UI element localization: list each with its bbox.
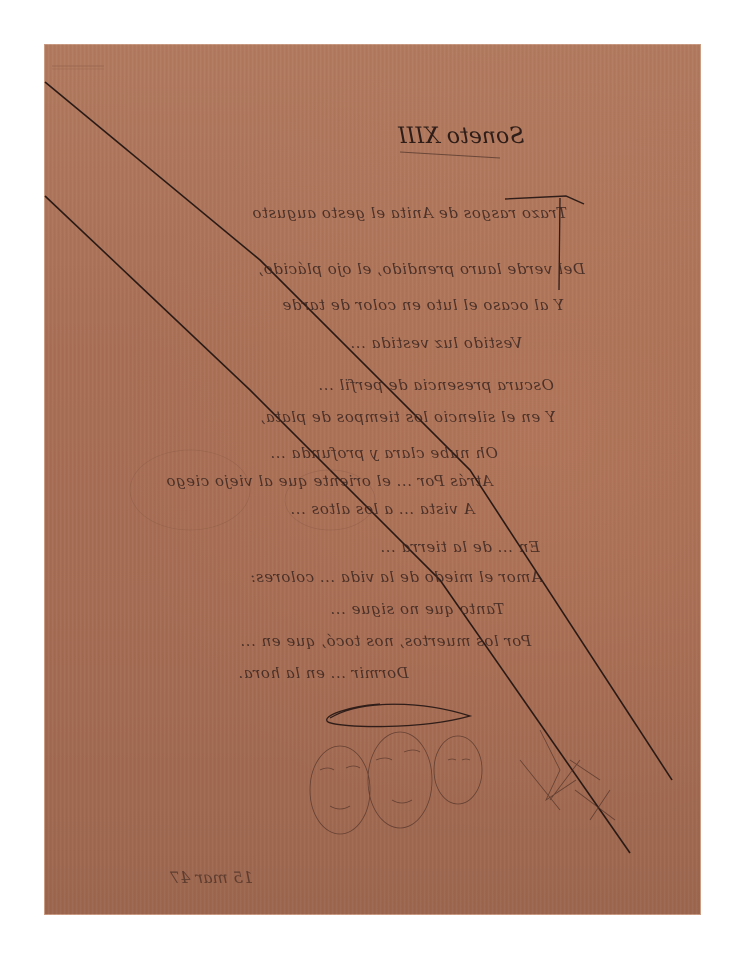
text-line: Trazo rasgos de Anita el gesto augusto xyxy=(252,204,567,222)
cancel-line-lower xyxy=(45,196,630,853)
signature-flourish xyxy=(327,704,470,727)
text-line: Y al ocaso el luto en color de tarde xyxy=(282,296,564,314)
text-line: A vista ... a los altos ... xyxy=(290,500,474,518)
face-sketches xyxy=(310,730,615,834)
text-line: Vestido luz vestida ... xyxy=(350,334,522,352)
text-line: Atrás Por ... el oriente que al viejo ci… xyxy=(166,472,493,490)
text-line: Dormir ... en la hora. xyxy=(238,664,409,682)
text-line: Oh nube clara y profunda ... xyxy=(270,444,498,462)
text-line: Por los muertos, nos tocó, que en ... xyxy=(240,632,531,650)
text-line: Del verde lauro prendido, el ojo plácido… xyxy=(258,260,585,278)
date-inscription: 15 mar 47 xyxy=(170,868,253,887)
text-line: Tanto que no sigue ... xyxy=(330,600,504,618)
text-line: En ... de la tierra ... xyxy=(380,538,540,556)
text-line: Y en el silencio los tiempos de plata, xyxy=(260,408,556,426)
text-line: Oscura presencia de perfil ... xyxy=(318,376,554,394)
text-line: Amor el miedo de la vida ... colores: xyxy=(250,568,542,586)
poem-title: Soneto XIII xyxy=(398,124,524,149)
